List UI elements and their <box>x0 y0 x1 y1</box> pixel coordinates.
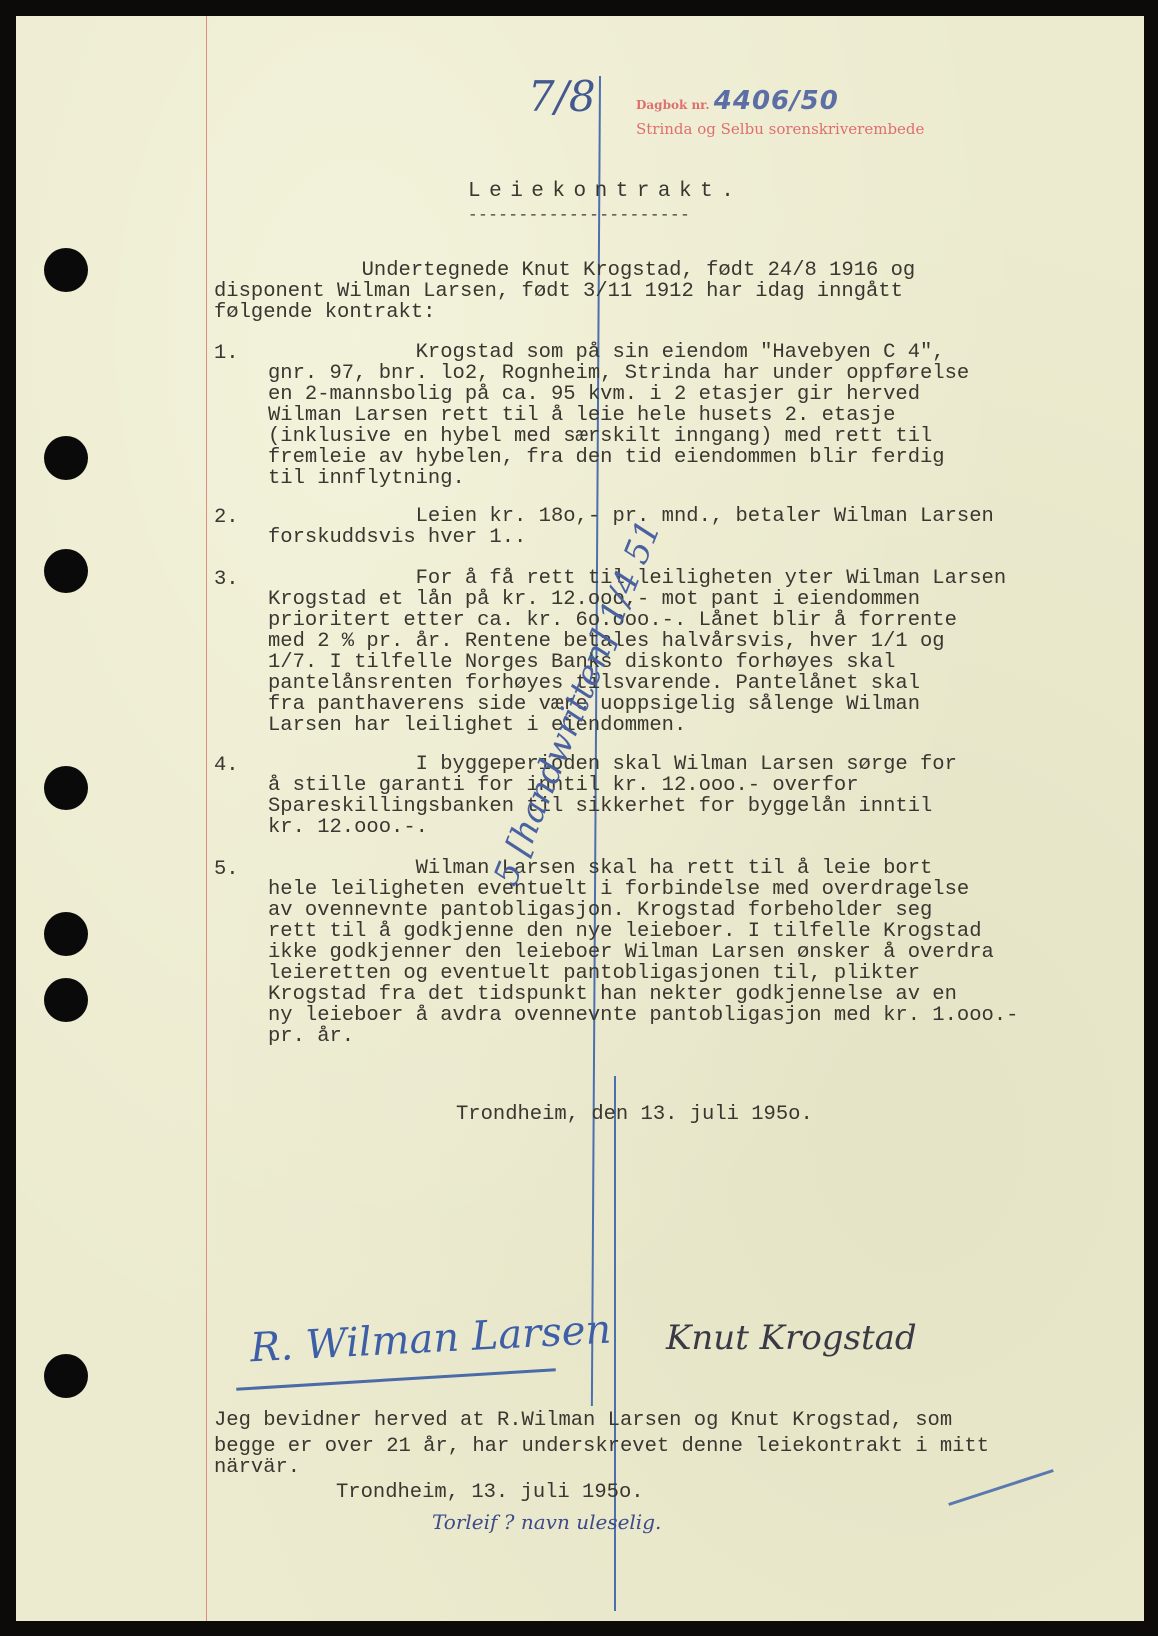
stamp-prefix: Dagbok nr. <box>636 98 710 112</box>
clause-line: kr. 12.ooo.-. <box>268 817 428 838</box>
punch-hole-icon <box>44 766 88 810</box>
clause-number: 4. <box>214 754 239 777</box>
signature-wilman-larsen: R. Wilman Larsen <box>249 1307 612 1372</box>
witness-line: närvär. <box>214 1457 300 1478</box>
margin-line <box>206 16 207 1621</box>
pen-mark <box>948 1469 1054 1506</box>
clause-number: 3. <box>214 568 239 591</box>
clause-line: (inklusive en hybel med særskilt inngang… <box>268 426 932 447</box>
intro-line: Undertegnede Knut Krogstad, født 24/8 19… <box>214 260 915 281</box>
witness-place-date: Trondheim, 13. juli 195o. <box>336 1482 644 1503</box>
page-marker: 7/8 <box>528 72 596 121</box>
clause-number: 1. <box>214 342 239 365</box>
place-date: Trondheim, den 13. juli 195o. <box>456 1104 813 1125</box>
document-title: Leiekontrakt. <box>468 180 742 203</box>
stamp-number: 4406/50 <box>714 86 839 116</box>
witness-line: begge er over 21 år, har underskrevet de… <box>214 1436 989 1457</box>
title-underline: ---------------------- <box>468 206 690 224</box>
punch-hole-icon <box>44 436 88 480</box>
clause-line: Larsen har leilighet i eiendommen. <box>268 715 686 736</box>
clause-line: Krogstad som på sin eiendom "Havebyen C … <box>268 342 945 363</box>
clause-line: leieretten og eventuelt pantobligasjonen… <box>268 963 920 984</box>
intro-line: disponent Wilman Larsen, født 3/11 1912 … <box>214 281 903 302</box>
clause-line: forskuddsvis hver 1.. <box>268 527 526 548</box>
clause-line: Wilman Larsen skal ha rett til å leie bo… <box>268 858 932 879</box>
clause-number: 5. <box>214 858 239 881</box>
clause-line: pr. år. <box>268 1026 354 1047</box>
punch-hole-icon <box>44 1354 88 1398</box>
registry-stamp: Dagbok nr. 4406/50 <box>636 86 839 116</box>
punch-hole-icon <box>44 912 88 956</box>
clause-line: Wilman Larsen rett til å leie hele huset… <box>268 405 895 426</box>
clause-line: ny leieboer å avdra ovennevnte pantoblig… <box>268 1005 1018 1026</box>
clause-line: rett til å godkjenne den nye leieboer. I… <box>268 921 982 942</box>
clause-line: ikke godkjenner den leieboer Wilman Lars… <box>268 942 994 963</box>
clause-line: av ovennevnte pantobligasjon. Krogstad f… <box>268 900 932 921</box>
witness-line: Jeg bevidner herved at R.Wilman Larsen o… <box>214 1410 952 1431</box>
clause-line: fremleie av hybelen, fra den tid eiendom… <box>268 447 945 468</box>
clause-number: 2. <box>214 506 239 529</box>
punch-hole-icon <box>44 248 88 292</box>
clause-line: gnr. 97, bnr. lo2, Rognheim, Strinda har… <box>268 363 969 384</box>
punch-hole-icon <box>44 978 88 1022</box>
document-page: 7/8 Dagbok nr. 4406/50 Strinda og Selbu … <box>16 16 1144 1621</box>
signature-flourish <box>236 1368 556 1391</box>
intro-line: følgende kontrakt: <box>214 302 435 323</box>
clause-line: til innflytning. <box>268 468 465 489</box>
clause-line: I byggeperioden skal Wilman Larsen sørge… <box>268 754 957 775</box>
clause-line: Spareskillingsbanken til sikkerhet for b… <box>268 796 932 817</box>
stamp-office: Strinda og Selbu sorenskriverembede <box>636 120 924 138</box>
clause-line: hele leiligheten eventuelt i forbindelse… <box>268 879 969 900</box>
signature-knut-krogstad: Knut Krogstad <box>666 1318 917 1358</box>
witness-signature-note: Torleif ? navn uleselig. <box>432 1510 661 1534</box>
clause-line: Krogstad fra det tidspunkt han nekter go… <box>268 984 957 1005</box>
punch-hole-icon <box>44 549 88 593</box>
clause-line: en 2-mannsbolig på ca. 95 kvm. i 2 etasj… <box>268 384 920 405</box>
